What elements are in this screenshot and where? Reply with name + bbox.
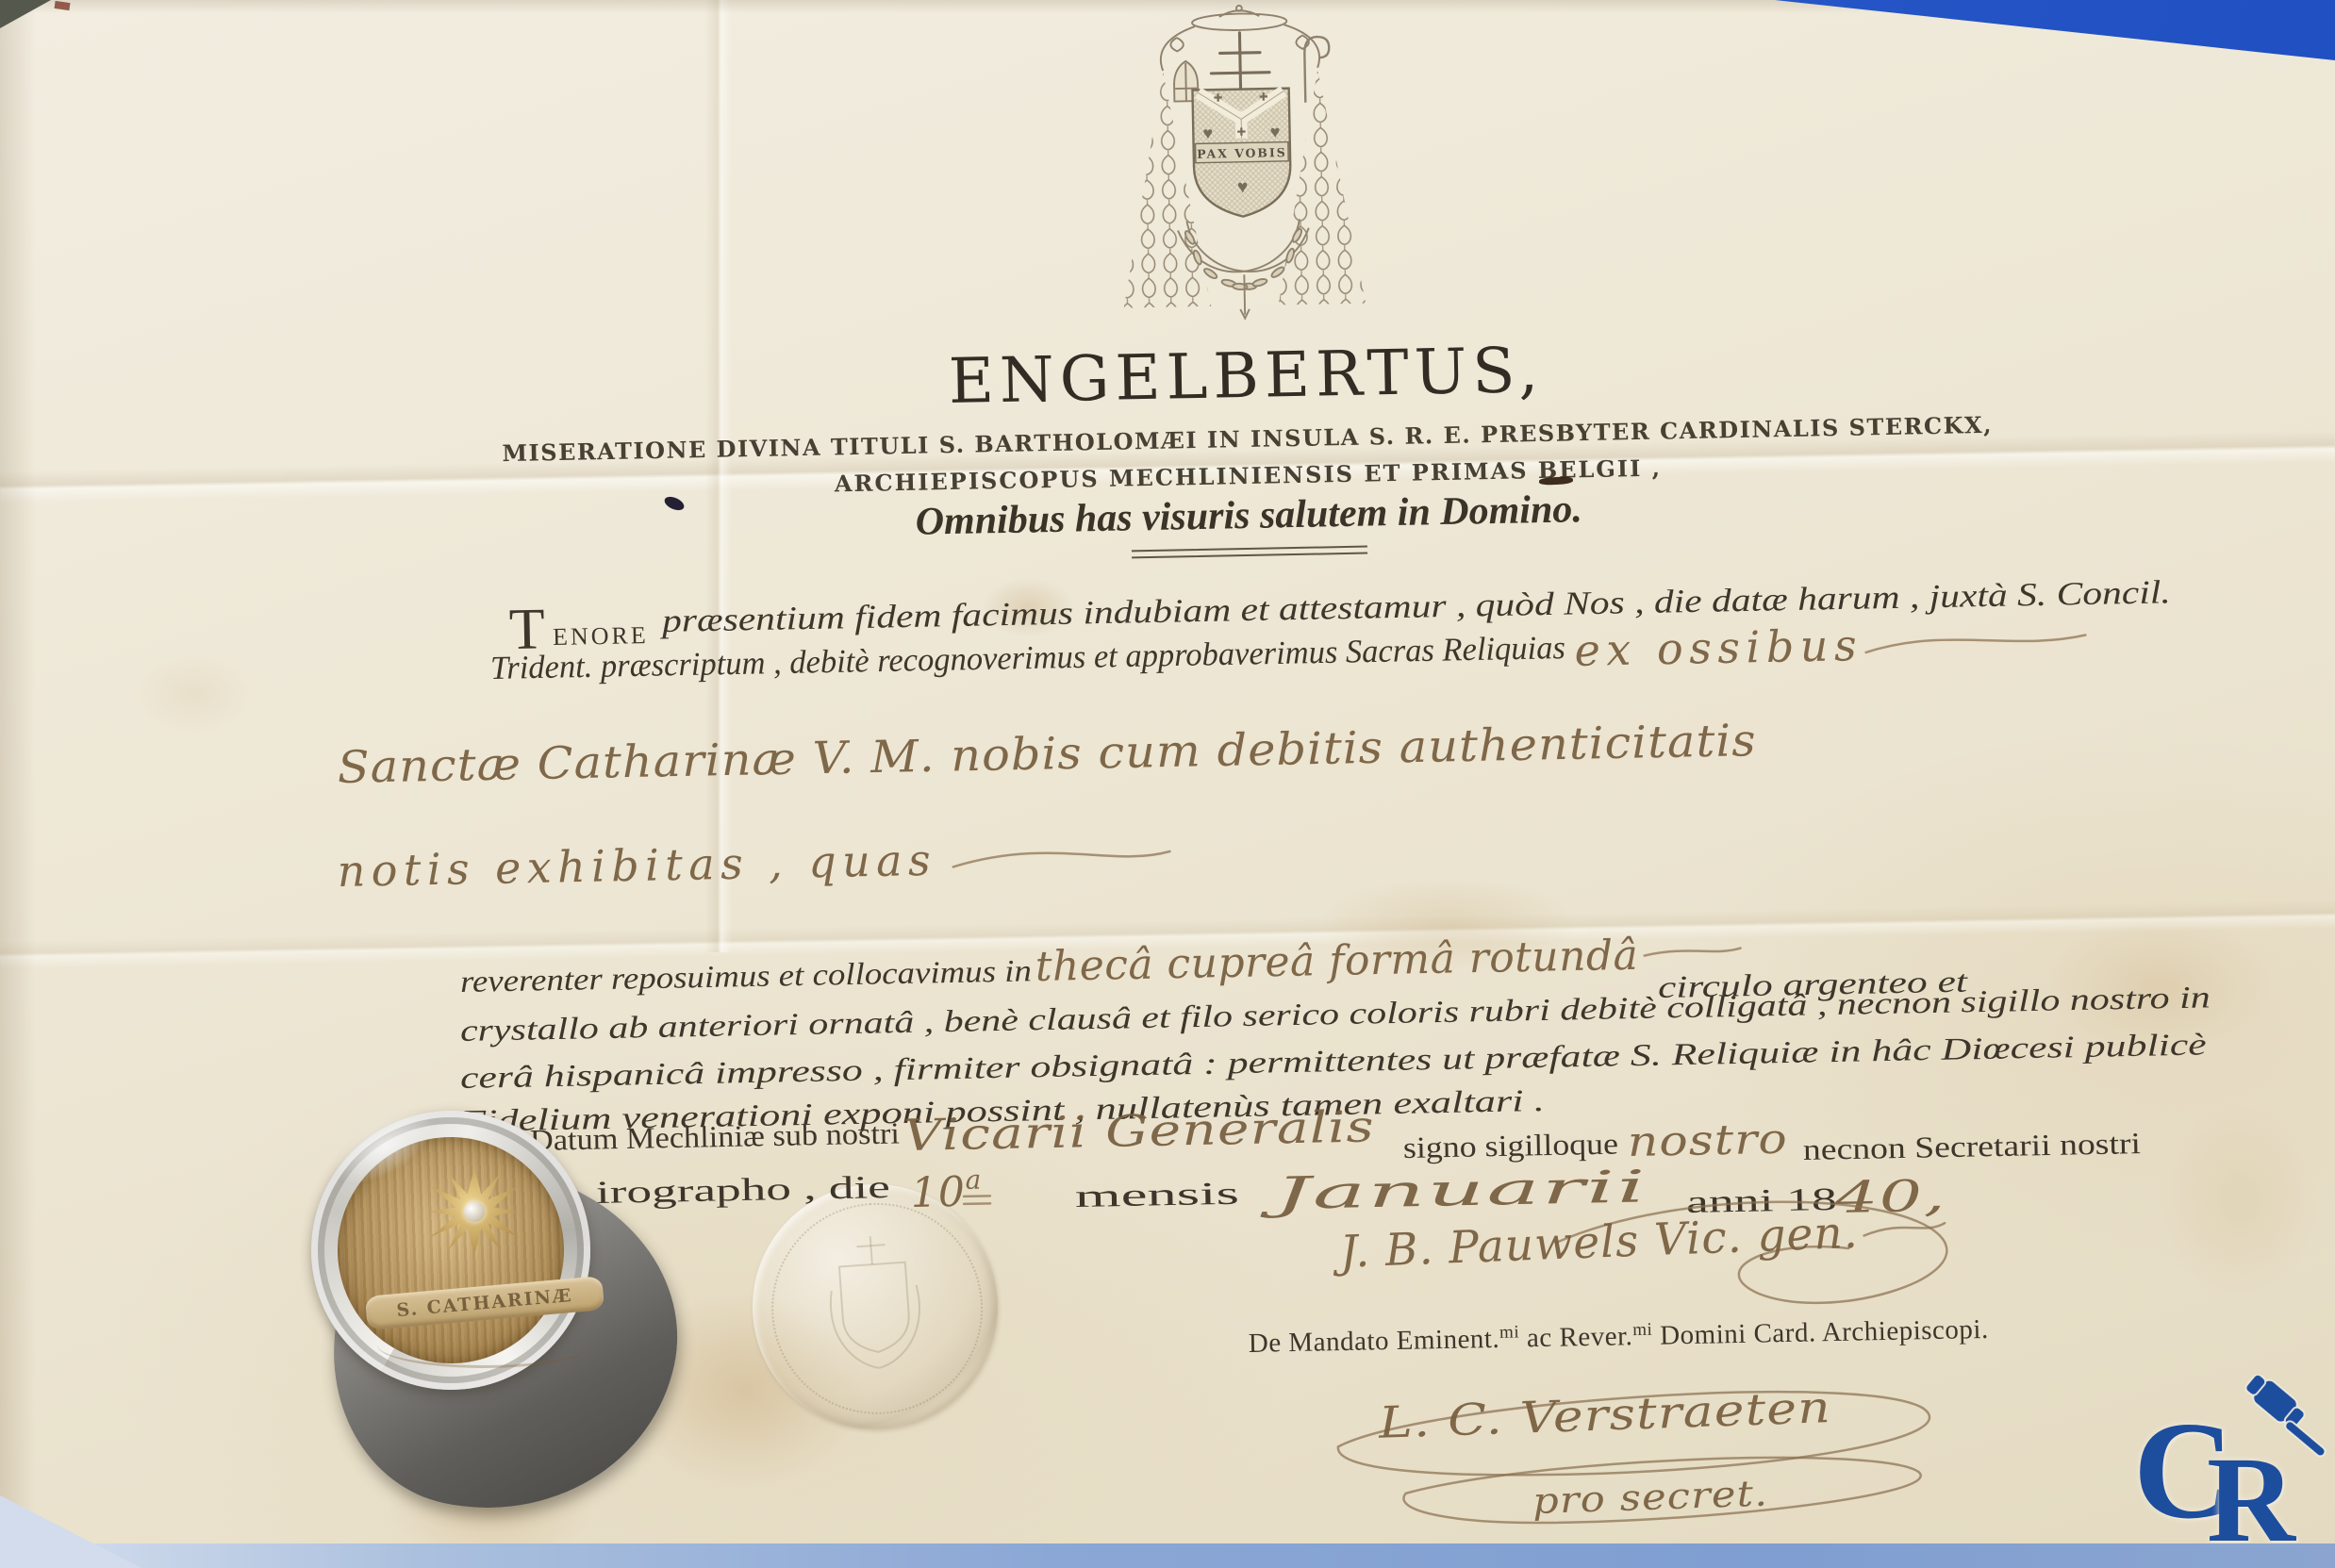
paper-left-edge-shadow — [0, 0, 36, 1568]
svg-text:J. B. Pauwels Vic. gen.: J. B. Pauwels Vic. gen. — [1332, 1207, 1860, 1279]
shield: ✚ ✚ ✚ ♥ ♥ PAX VOBIS ♥ — [1192, 89, 1291, 218]
svg-text:♥: ♥ — [1237, 177, 1249, 197]
auction-watermark: C R — [2133, 1375, 2335, 1568]
day-number: 10 — [910, 1168, 966, 1217]
svg-text:10a: 10a — [910, 1164, 983, 1217]
svg-text:✚: ✚ — [1214, 92, 1223, 105]
datum-handwritten-day: 10a — [908, 1144, 1042, 1236]
svg-text:✚: ✚ — [1236, 126, 1246, 139]
fabric-fold — [377, 1322, 590, 1368]
edge-mark — [55, 1, 71, 10]
svg-text:Sanctæ Catharinæ V. M. nobis c: Sanctæ Catharinæ V. M. nobis cum debitis… — [337, 715, 1757, 794]
svg-text:✚: ✚ — [1259, 91, 1268, 104]
svg-text:♥: ♥ — [1202, 124, 1213, 142]
handwritten-saint-line: Sanctæ Catharinæ V. M. nobis cum debitis… — [335, 693, 1780, 815]
svg-text:ex ossibus: ex ossibus — [1574, 619, 1858, 676]
crystal-icon — [464, 1201, 485, 1222]
gavel-icon — [2220, 1375, 2335, 1486]
svg-text:L. C. Verstraeten: L. C. Verstraeten — [1377, 1381, 1832, 1448]
svg-text:mensis: mensis — [1075, 1177, 1240, 1214]
document-title: ENGELBERTUS, — [491, 325, 2001, 427]
document-photo: ✚ ✚ ✚ ♥ ♥ PAX VOBIS ♥ — [0, 0, 2335, 1568]
relic-theca-seal: S. CATHARINÆ — [279, 1107, 694, 1550]
svg-text:Trident. præscriptum , debitè: Trident. præscriptum , debitè recognover… — [490, 629, 1566, 686]
svg-text:notis exhibitas , quas: notis exhibitas , quas — [337, 834, 932, 897]
svg-text:♥: ♥ — [1270, 123, 1281, 141]
handwritten-notis-line: notis exhibitas , quas — [335, 807, 1204, 928]
svg-text:pro secret.: pro secret. — [1532, 1472, 1768, 1522]
signature-secretary: L. C. Verstraeten pro secret. — [1289, 1310, 2032, 1568]
day-ordinal-sup: a — [965, 1164, 982, 1196]
arms-motto: PAX VOBIS — [1197, 145, 1287, 161]
datum-printed-mensis: mensis — [1072, 1147, 1253, 1235]
letterhead: ✚ ✚ ✚ ♥ ♥ PAX VOBIS ♥ — [485, 0, 2004, 570]
coat-of-arms: ✚ ✚ ✚ ♥ ♥ PAX VOBIS ♥ — [1084, 0, 1401, 337]
